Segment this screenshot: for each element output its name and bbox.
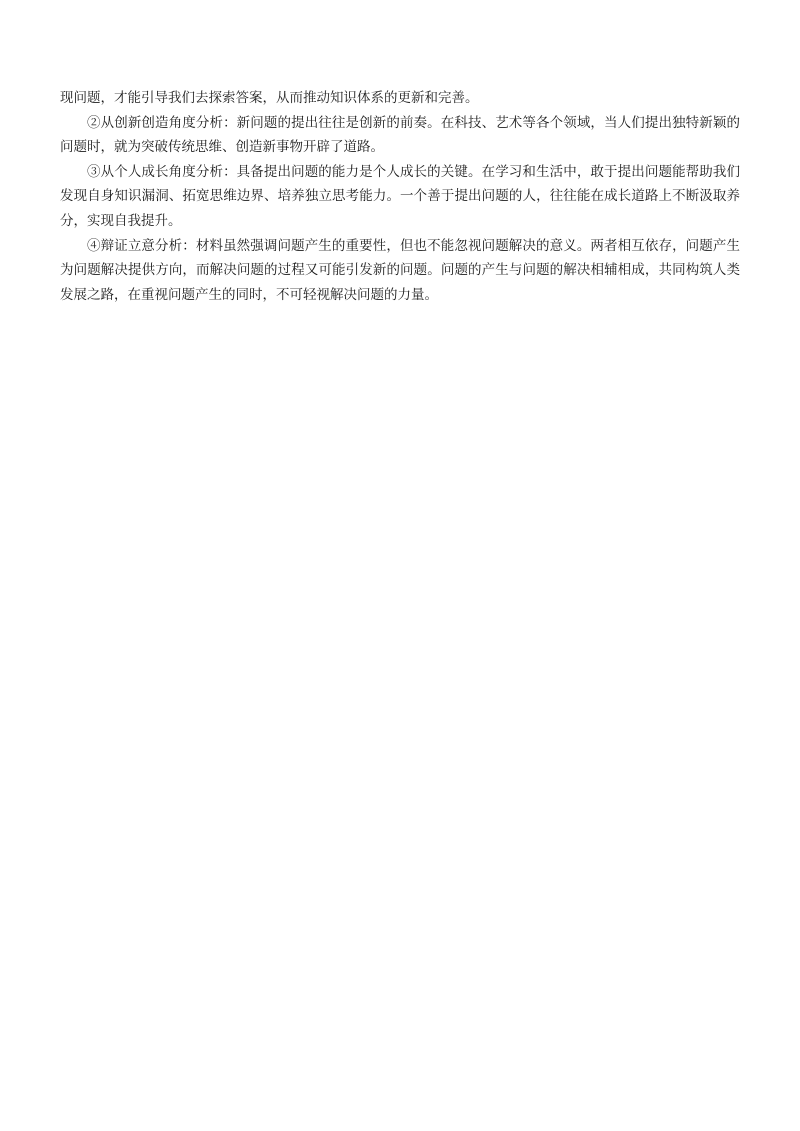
paragraph-dialectical-analysis: ④辩证立意分析：材料虽然强调问题产生的重要性，但也不能忽视问题解决的意义。两者相…	[60, 234, 740, 308]
paragraph-innovation-analysis: ②从创新创造角度分析：新问题的提出往往是创新的前奏。在科技、艺术等各个领域，当人…	[60, 111, 740, 160]
paragraph-personal-growth-analysis: ③从个人成长角度分析：具备提出问题的能力是个人成长的关键。在学习和生活中，敢于提…	[60, 160, 740, 234]
paragraph-continuation: 现问题，才能引导我们去探索答案，从而推动知识体系的更新和完善。	[60, 86, 740, 111]
document-page: 现问题，才能引导我们去探索答案，从而推动知识体系的更新和完善。 ②从创新创造角度…	[60, 86, 740, 307]
